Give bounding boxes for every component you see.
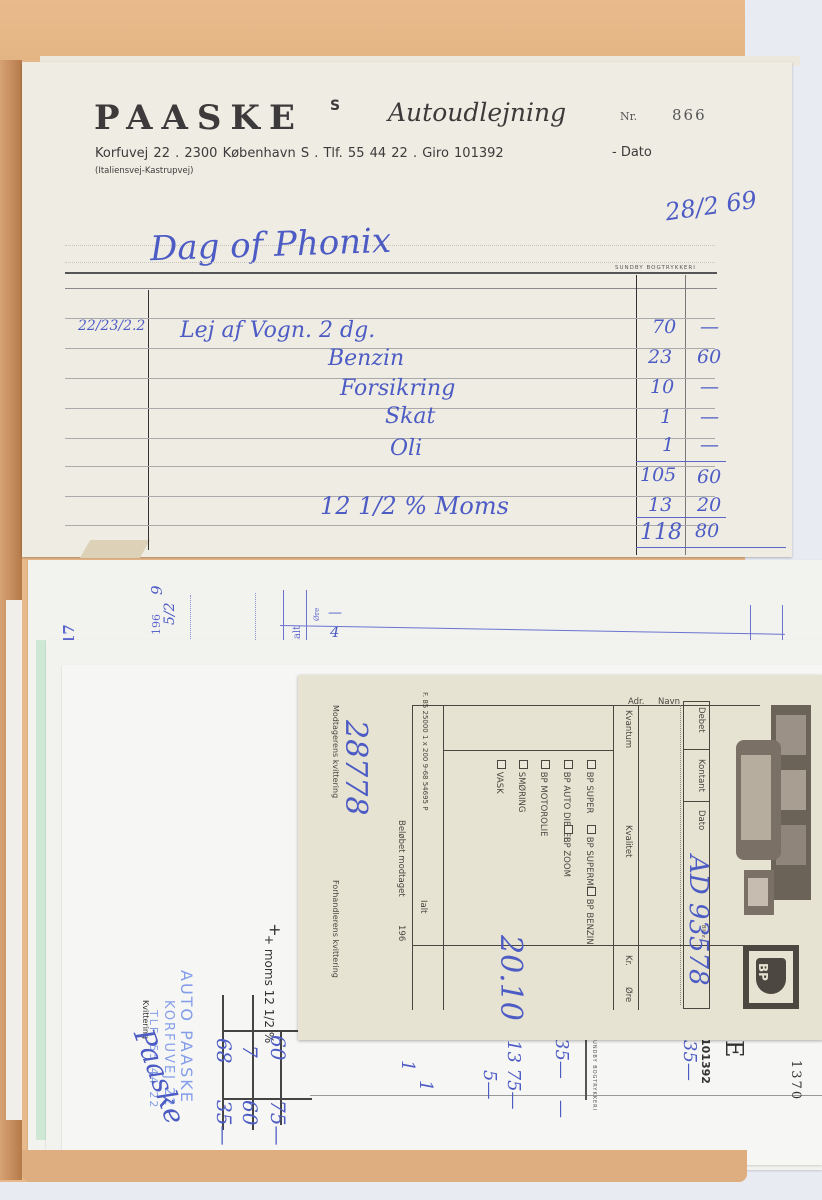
dotted-divider <box>190 595 191 645</box>
line-item-kr: 1 <box>662 434 674 456</box>
right-value-3: 5— <box>479 1070 500 1099</box>
navn-label: Navn <box>658 697 680 707</box>
right-value-4: 13 75— <box>503 1040 524 1110</box>
adr-label: Adr. <box>628 697 644 707</box>
value-col2-bottom: 60 <box>238 1100 262 1125</box>
column-line <box>148 290 149 550</box>
invoice-number: 866 <box>672 106 707 124</box>
line-item-description: Lej af Vogn. 2 dg. <box>180 318 375 343</box>
address-sub: (Italiensvej-Kastrupvej) <box>95 166 193 176</box>
dato-label-bp: Dato <box>696 810 706 830</box>
ore-label-bp: Øre <box>623 987 633 1002</box>
subtotal-ore: 60 <box>697 466 721 488</box>
row-line <box>65 318 715 319</box>
brand-suffix: S <box>330 98 340 114</box>
product-bp-super[interactable]: BP SUPER <box>584 760 596 813</box>
forhandler-label: Forhandlerens kvittering <box>331 880 340 978</box>
column-line <box>613 705 614 1010</box>
printer-mark: SUNDBY BOGTRYKKERI <box>615 265 696 271</box>
kvalitet-label: Kvalitet <box>623 825 633 857</box>
total-line <box>636 517 726 518</box>
line-item-ore: 60 <box>697 346 721 368</box>
total-kr: 118 <box>640 520 682 545</box>
debet-label: Debet <box>696 707 706 733</box>
product-vask[interactable]: VASK <box>494 760 506 794</box>
column-line <box>283 590 284 645</box>
torn-corner <box>80 540 150 558</box>
checkbox[interactable] <box>587 825 596 834</box>
row-line <box>65 466 715 467</box>
right-value-1: 1 <box>397 1060 418 1071</box>
amount-handwritten-bp: 20.10 <box>493 935 528 1021</box>
total-underline <box>636 547 786 548</box>
kontant-label: Kontant <box>696 759 706 792</box>
product-smoring[interactable]: SMØRING <box>516 760 528 812</box>
column-line <box>636 275 637 555</box>
row-line <box>280 625 785 635</box>
dotted-line <box>680 705 681 1005</box>
right-value-2: 1 <box>415 1080 436 1091</box>
folder-bottom-edge <box>22 1150 747 1182</box>
dotted-line <box>65 262 715 263</box>
receipt-number-bottom: 1370 <box>788 1060 803 1101</box>
header-rule <box>65 288 717 289</box>
bp-logo-icon: BP <box>756 958 786 994</box>
column-line <box>585 1035 587 1100</box>
giro-number: 101392 <box>699 1038 712 1084</box>
column-line <box>685 275 686 555</box>
value-col3-bottom: 35— <box>212 1100 236 1145</box>
gas-station-illustration-icon <box>716 700 816 930</box>
line-item-ore: — <box>700 316 719 338</box>
year-handwritten: 9 <box>148 585 166 595</box>
checkbox[interactable] <box>519 760 528 769</box>
handwritten-number: 28778 <box>338 720 373 815</box>
line-item-date: 22/23/2.2 <box>78 318 145 334</box>
checkbox[interactable] <box>541 760 550 769</box>
ore-label: Øre <box>313 608 321 621</box>
loose-sheet-edge <box>6 600 22 1120</box>
ore-handwritten: — <box>328 605 342 621</box>
year-label: 196 <box>396 925 406 941</box>
right-value-5: 35— <box>551 1038 572 1079</box>
subtotal-line <box>636 461 726 462</box>
row-line <box>65 525 715 526</box>
brand-name: PAASKE <box>94 98 304 138</box>
belobet-label: Beløbet modtaget <box>396 820 406 897</box>
vat-ore: 20 <box>697 494 721 516</box>
line-item-ore: — <box>700 434 719 456</box>
line-item-kr: 23 <box>648 346 672 368</box>
line-item-description: Skat <box>385 404 435 429</box>
row-line <box>310 1095 822 1096</box>
column-line <box>638 705 639 1010</box>
dato-label: - Dato <box>612 145 652 160</box>
line-item-kr: 70 <box>652 316 676 338</box>
checkbox[interactable] <box>564 825 573 834</box>
checkbox[interactable] <box>587 887 596 896</box>
folder-top-edge <box>0 0 745 60</box>
checkbox[interactable] <box>564 760 573 769</box>
right-value-6: — <box>551 1100 572 1118</box>
bp-fuel-slip: Modtagerens kvittering Forhandlerens kvi… <box>298 675 822 1040</box>
line-item-ore: — <box>700 406 719 428</box>
printer-mark-bottom: SUNDBY BOGTRYKKERI <box>591 1036 597 1111</box>
value-col1-top: 60 <box>266 1035 290 1060</box>
value-col2-top: 7 <box>238 1045 262 1058</box>
row-line <box>683 749 710 750</box>
line-item-description: Forsikring <box>340 376 455 401</box>
header-rule <box>65 272 717 274</box>
product-bp-zoom[interactable]: BP ZOOM <box>561 825 573 877</box>
product-bp-benzin[interactable]: BP BENZIN <box>584 887 596 945</box>
date-handwritten: 5/2 <box>162 602 178 625</box>
vat-kr: 13 <box>648 494 672 516</box>
giro-letter: E <box>720 1040 748 1058</box>
column-line <box>306 590 307 645</box>
line-item-description: Benzin <box>328 346 404 371</box>
line-item-description: Oli <box>390 436 422 461</box>
kr-label: Kr. <box>623 955 633 966</box>
product-bp-supermix[interactable]: BP SUPERMIX <box>584 825 596 894</box>
value-col1-bottom: 75— <box>266 1100 290 1145</box>
vat-description: 12 1/2 % Moms <box>320 492 509 520</box>
kvantum-label: Kvantum <box>623 710 633 748</box>
brand-script: Autoudlejning <box>388 98 566 127</box>
row-line <box>443 750 613 751</box>
line-item-ore: — <box>700 376 719 398</box>
nr-label: Nr. <box>620 110 637 123</box>
right-value-7: 35— <box>679 1040 700 1081</box>
checkbox[interactable] <box>587 760 596 769</box>
address-line: Korfuvej 22 . 2300 København S . Tlf. 55… <box>95 146 504 161</box>
row-line <box>683 801 710 802</box>
total-ore: 80 <box>695 520 719 542</box>
product-bp-motorolie[interactable]: BP MOTOROLIE <box>538 760 550 836</box>
moms-label: + moms 12 1/2 % <box>262 935 276 1043</box>
car-number-handwritten: AD 93578 <box>683 855 713 986</box>
subtotal-kr: 105 <box>640 464 676 486</box>
line-item-kr: 1 <box>660 406 672 428</box>
checkbox[interactable] <box>497 760 506 769</box>
value-col3-top: 68 <box>212 1038 236 1063</box>
line-item-kr: 10 <box>650 376 674 398</box>
